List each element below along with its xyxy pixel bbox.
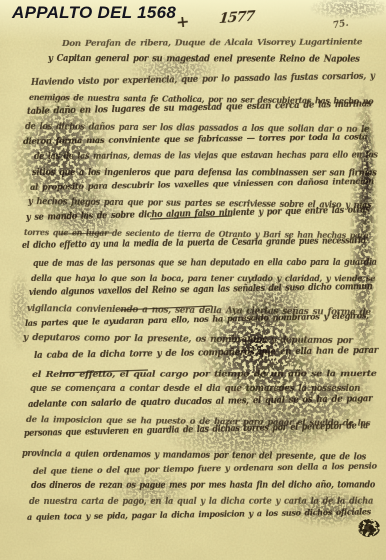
manuscript-line: el Reino effetto, el qual cargo por tiem… xyxy=(32,368,377,379)
manuscript-line: y deputaros como por la presente, os nom… xyxy=(23,333,353,346)
manuscript-lines: Don Perafan de ribera, Duque de Alcala V… xyxy=(0,0,386,560)
manuscript-scan-page: Don Perafan de ribera, Duque de Alcala V… xyxy=(0,0,386,560)
manuscript-line: de las de las marinas, demas de las viej… xyxy=(34,151,378,162)
manuscript-line: la caba de la dicha torre y de los compa… xyxy=(34,345,378,361)
folio-number-mark: 1577 xyxy=(218,9,255,28)
manuscript-line: al proposito para descubrir los vaxelles… xyxy=(30,176,374,192)
manuscript-line: della que haya lo que son la boca, para … xyxy=(31,273,375,283)
manuscript-line: provincia a quien ordenamos y mandamos p… xyxy=(22,448,366,462)
manuscript-line: a quien toca y se pida, pagar la dicha i… xyxy=(27,506,371,522)
manuscript-line: dos dineros de rezan os pague mes por me… xyxy=(31,480,375,491)
manuscript-line: el dicho effetto ay una la media de la p… xyxy=(22,236,366,251)
manuscript-line: Haviendo visto por experiencia, que por … xyxy=(31,71,375,88)
cross-mark: + xyxy=(175,11,190,31)
caption-title: APPALTO DEL 1568 xyxy=(12,3,176,23)
manuscript-line: de nuestra carta de pago, en la qual y l… xyxy=(29,496,373,507)
manuscript-line: y Capitan general por su magestad enel p… xyxy=(48,54,360,65)
manuscript-line: adelante con salario de quatro ducados a… xyxy=(28,393,372,410)
manuscript-line: que se començara a contar desde el dia q… xyxy=(30,384,360,394)
manuscript-line: dieron forma mas conviniente que se fabr… xyxy=(23,131,367,146)
manuscript-line: que de mas de las personas que se han de… xyxy=(33,257,377,269)
manuscript-line: viendo algunos vaxellos del Reino se aga… xyxy=(29,282,373,298)
manuscript-line: Don Perafan de ribera, Duque de Alcala V… xyxy=(62,36,362,48)
manuscript-line: del que tiene o del que por tiempo fuere… xyxy=(33,461,377,476)
